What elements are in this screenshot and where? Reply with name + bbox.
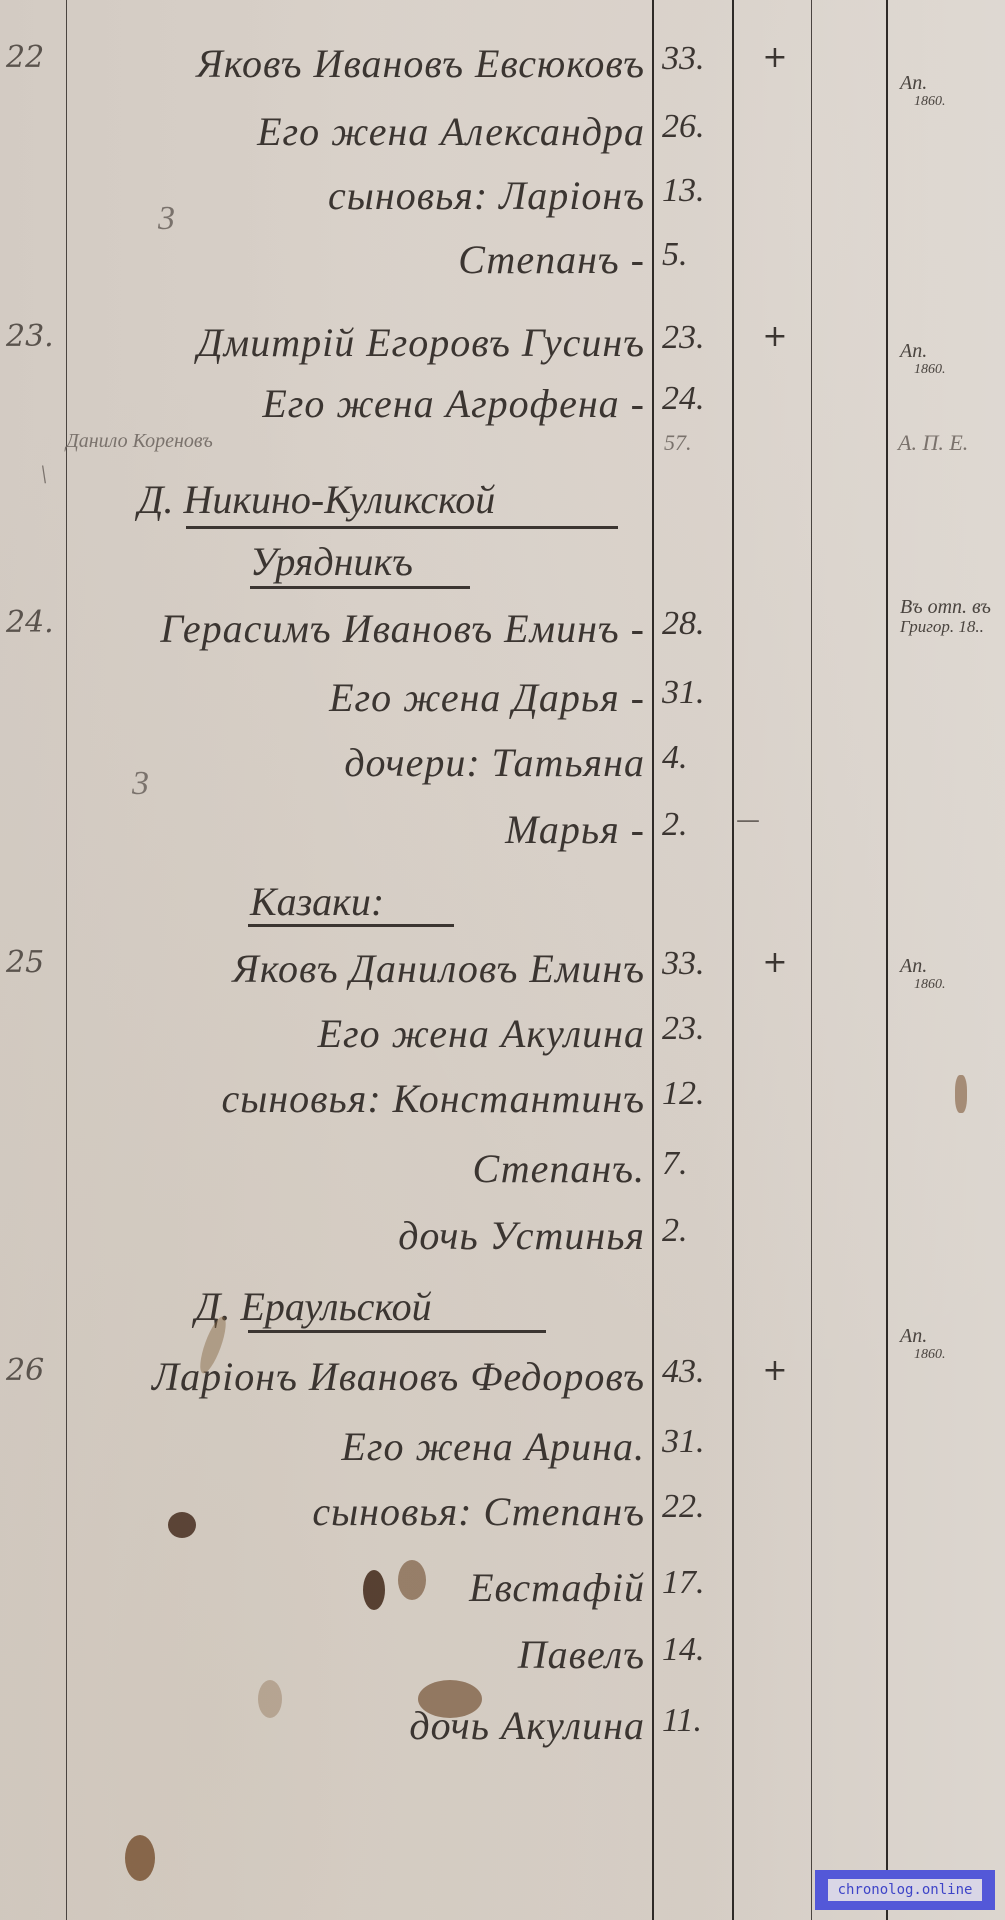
person-age: 28. [662, 605, 728, 643]
margin-note: Въ отп. въ Григор. 18.. [900, 596, 1000, 637]
person-name: Яковъ Ивановъ Евсюковъ [196, 40, 645, 87]
person-name: Степанъ - [458, 236, 645, 283]
person-age: 17. [662, 1564, 728, 1602]
cross-mark: + [755, 319, 795, 354]
section-heading-village: Д. Никино-Куликской [138, 476, 495, 523]
person-age: 22. [662, 1488, 728, 1526]
pencil-mark: 3 [132, 765, 149, 803]
person-name: дочери: Татьяна [344, 739, 645, 786]
person-name: сыновья: Константинъ [221, 1075, 645, 1122]
heading-underline [248, 924, 454, 927]
person-age: 33. [662, 40, 728, 78]
person-name: Марья - [505, 806, 645, 853]
person-age: 2. [662, 806, 728, 844]
dash-mark: — [728, 806, 768, 834]
household-number: 25 [6, 945, 64, 980]
person-name: Его жена Агрофена - [262, 380, 645, 427]
cross-mark: + [755, 40, 795, 75]
added-name: Данило Кореновъ [66, 430, 213, 453]
person-age: 2. [662, 1212, 728, 1250]
person-age: 14. [662, 1631, 728, 1669]
ink-blot [125, 1835, 155, 1881]
column-rule-age [732, 0, 734, 1920]
household-number: 26 [6, 1353, 64, 1388]
note-year: 1860. [900, 1347, 1000, 1362]
note-initials: Ап. [900, 340, 927, 362]
household-number: 22 [6, 40, 64, 75]
person-name: Яковъ Даниловъ Еминъ [233, 945, 645, 992]
column-rule-number [66, 0, 67, 1920]
person-name: Его жена Дарья - [329, 674, 645, 721]
person-age: 43. [662, 1353, 728, 1391]
person-age: 31. [662, 1423, 728, 1461]
ink-blot [398, 1560, 426, 1600]
margin-note: Ап. 1860. [900, 955, 1000, 992]
note-initials: Ап. [900, 955, 927, 977]
margin-note: Ап. 1860. [900, 1325, 1000, 1362]
ink-stain [955, 1075, 967, 1113]
note-initials: Ап. [900, 72, 927, 94]
person-name: Евстафій [469, 1564, 645, 1611]
cross-mark: + [755, 1353, 795, 1388]
person-name: Дмитрій Егоровъ Гусинъ [197, 319, 645, 366]
note-text-2: Григор. 18.. [900, 618, 1000, 637]
heading-underline [248, 1330, 546, 1333]
person-age: 26. [662, 108, 728, 146]
margin-note: Ап. 1860. [900, 72, 1000, 109]
person-age: 24. [662, 380, 728, 418]
person-age: 7. [662, 1145, 728, 1183]
ink-blot [363, 1570, 385, 1610]
person-age: 13. [662, 172, 728, 210]
section-heading-village: Д. Ераульской [195, 1283, 432, 1330]
person-age: 11. [662, 1702, 728, 1740]
person-age: 4. [662, 739, 728, 777]
household-number: 24. [6, 605, 64, 640]
note-year: 1860. [900, 94, 1000, 109]
person-age: 33. [662, 945, 728, 983]
person-age: 23. [662, 1010, 728, 1048]
person-name: сыновья: Степанъ [312, 1488, 645, 1535]
person-name: Его жена Александра [257, 108, 645, 155]
person-age: 31. [662, 674, 728, 712]
column-rule-name [652, 0, 654, 1920]
person-name: Павелъ [518, 1631, 645, 1678]
note-year: 1860. [900, 362, 1000, 377]
pencil-mark: 3 [158, 200, 175, 238]
person-name: Его жена Акулина [318, 1010, 645, 1057]
added-note: А. П. Е. [898, 430, 968, 456]
note-initials: Ап. [900, 1325, 927, 1347]
household-number: 23. [6, 319, 64, 354]
column-rule-blank [886, 0, 888, 1920]
person-name: Герасимъ Ивановъ Еминъ - [160, 605, 645, 652]
person-name: Степанъ. [473, 1145, 646, 1192]
note-year: 1860. [900, 977, 1000, 992]
watermark-badge: chronolog.online [815, 1870, 995, 1910]
watermark-text: chronolog.online [828, 1879, 983, 1901]
ink-blot [168, 1512, 196, 1538]
person-name: сыновья: Ларіонъ [328, 172, 645, 219]
pencil-mark: \ [40, 460, 47, 490]
ink-blot [418, 1680, 482, 1718]
ink-blot [258, 1680, 282, 1718]
person-age: 12. [662, 1075, 728, 1113]
margin-note: Ап. 1860. [900, 340, 1000, 377]
person-name: Ларіонъ Ивановъ Федоровъ [152, 1353, 645, 1400]
added-age: 57. [664, 430, 692, 456]
note-text: Въ отп. въ [900, 596, 991, 618]
heading-underline [250, 586, 470, 589]
person-name: Его жена Арина. [341, 1423, 645, 1470]
column-rule-mark [811, 0, 812, 1920]
cross-mark: + [755, 945, 795, 980]
section-heading-rank: Казаки: [250, 878, 384, 925]
heading-underline [186, 526, 618, 529]
section-heading-rank: Урядникъ [250, 538, 413, 585]
person-age: 23. [662, 319, 728, 357]
person-age: 5. [662, 236, 728, 274]
person-name: дочь Устинья [398, 1212, 645, 1259]
